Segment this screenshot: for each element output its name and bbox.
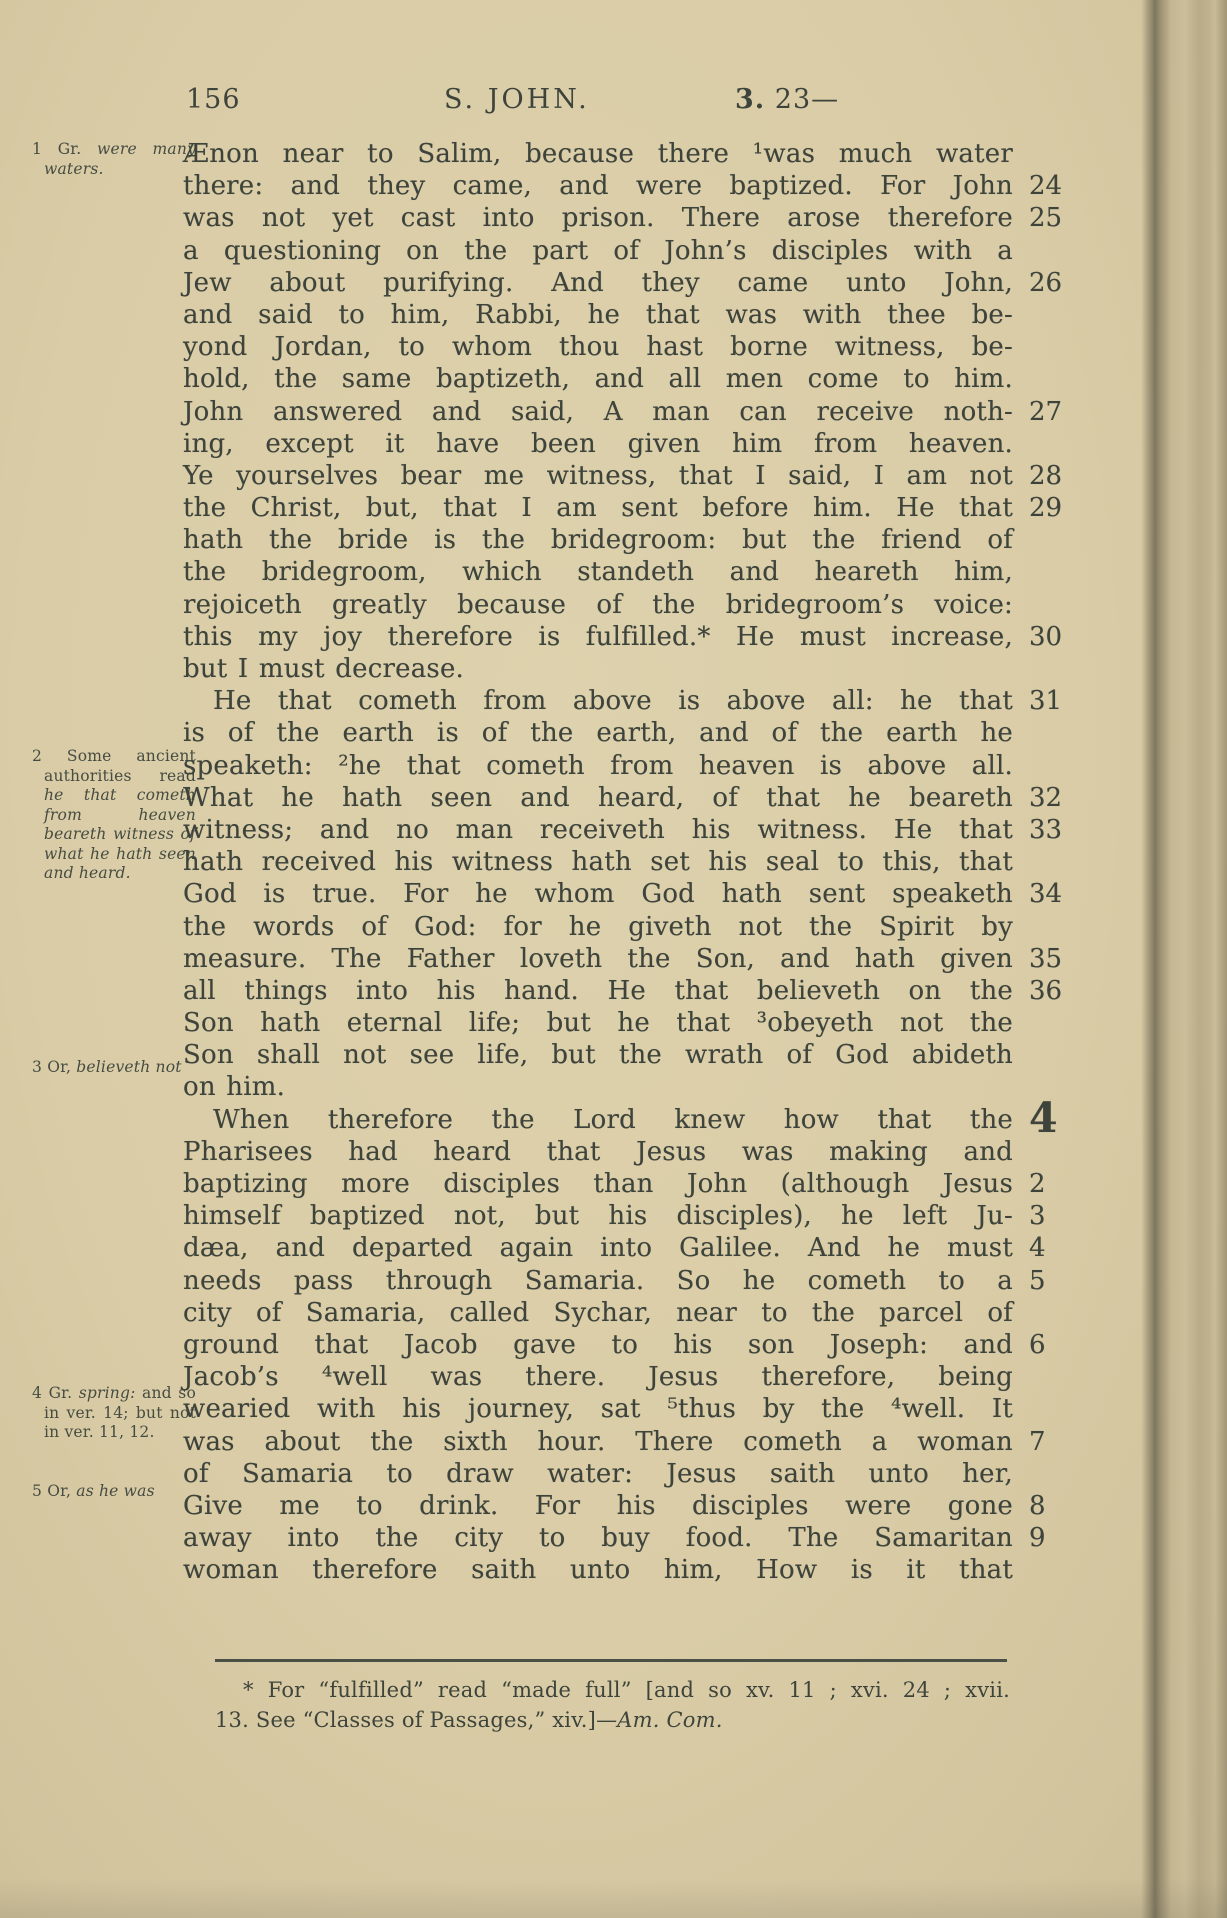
verse-number-empty — [1013, 363, 1103, 395]
scripture-line: hold, the same baptizeth, and all men co… — [183, 363, 1103, 395]
scripture-line-text: hold, the same baptizeth, and all men co… — [183, 363, 1013, 395]
scripture-line-text: the bridegroom, which standeth and heare… — [183, 556, 1013, 588]
verse-number: 28 — [1013, 460, 1103, 492]
scripture-line-text: When therefore the Lord knew how that th… — [183, 1104, 1013, 1136]
scripture-line-text: hath received his witness hath set his s… — [183, 846, 1013, 878]
verse-number: 9 — [1013, 1522, 1103, 1554]
note-italic-text: he that cometh from heaven beareth witne… — [44, 786, 196, 882]
footnote-line: 13. See “Classes of Passages,” xiv.]—Am.… — [215, 1705, 1010, 1735]
scripture-line-text: away into the city to buy food. The Sama… — [183, 1522, 1013, 1554]
scripture-line-text: needs pass through Samaria. So he cometh… — [183, 1265, 1013, 1297]
scripture-line-text: witness; and no man receiveth his witnes… — [183, 814, 1013, 846]
scripture-line: Son shall not see life, but the wrath of… — [183, 1039, 1103, 1071]
verse-number-empty — [1013, 428, 1103, 460]
verse-number-empty — [1013, 1007, 1103, 1039]
verse-number-empty — [1013, 1393, 1103, 1425]
note-text: 13. See “Classes of Passages,” xiv.]— — [215, 1708, 617, 1732]
scripture-line-text: rejoiceth greatly because of the bridegr… — [183, 589, 1013, 621]
scripture-line: himself baptized not, but his disciples)… — [183, 1200, 1103, 1232]
scripture-line-text: dæa, and departed again into Galilee. An… — [183, 1232, 1013, 1264]
scripture-line: What he hath seen and heard, of that he … — [183, 782, 1103, 814]
scripture-line-text: was about the sixth hour. There cometh a… — [183, 1426, 1013, 1458]
scripture-line-text: Give me to drink. For his disciples were… — [183, 1490, 1013, 1522]
scripture-line: there: and they came, and were baptized.… — [183, 170, 1103, 202]
scripture-line-text: What he hath seen and heard, of that he … — [183, 782, 1013, 814]
scripture-line: Pharisees had heard that Jesus was makin… — [183, 1136, 1103, 1168]
scripture-line-text: on him. — [183, 1071, 1013, 1103]
scripture-line-text: Jew about purifying. And they came unto … — [183, 267, 1013, 299]
scripture-line-text: a questioning on the part of John’s disc… — [183, 235, 1013, 267]
verse-number-empty — [1013, 1361, 1103, 1393]
scripture-line: was not yet cast into prison. There aros… — [183, 202, 1103, 234]
scripture-line-text: there: and they came, and were baptized.… — [183, 170, 1013, 202]
footnote-line: * For “fulfilled” read “made full” [and … — [215, 1675, 1010, 1705]
scripture-line-text: speaketh: ²he that cometh from heaven is… — [183, 750, 1013, 782]
verse-number: 5 — [1013, 1265, 1103, 1297]
scripture-line: Ænon near to Salim, because there ¹was m… — [183, 138, 1103, 170]
scripture-line-text: Ænon near to Salim, because there ¹was m… — [183, 138, 1013, 170]
note-text: 2 Some ancient authorities read — [32, 747, 196, 785]
chapter-number: 4 — [1013, 1103, 1103, 1136]
verse-number: 35 — [1013, 943, 1103, 975]
scripture-line-text: ground that Jacob gave to his son Joseph… — [183, 1329, 1013, 1361]
scripture-line: dæa, and departed again into Galilee. An… — [183, 1232, 1103, 1264]
scripture-line: the bridegroom, which standeth and heare… — [183, 556, 1103, 588]
scripture-line: John answered and said, A man can receiv… — [183, 396, 1103, 428]
verse-number-empty — [1013, 911, 1103, 943]
scripture-line-text: yond Jordan, to whom thou hast borne wit… — [183, 331, 1013, 363]
note-italic-text: as he was — [76, 1482, 154, 1500]
verse-number: 30 — [1013, 621, 1103, 653]
scripture-line: wearied with his journey, sat ⁵thus by t… — [183, 1393, 1103, 1425]
scripture-line: a questioning on the part of John’s disc… — [183, 235, 1103, 267]
scripture-line-text: Jacob’s ⁴well was there. Jesus therefore… — [183, 1361, 1013, 1393]
scripture-line: hath the bride is the bridegroom: but th… — [183, 524, 1103, 556]
verse-number-empty — [1013, 235, 1103, 267]
verse-number: 8 — [1013, 1490, 1103, 1522]
scripture-line-text: Pharisees had heard that Jesus was makin… — [183, 1136, 1013, 1168]
scripture-line-text: He that cometh from above is above all: … — [183, 685, 1013, 717]
margin-note: 3 Or, believeth not — [32, 1058, 196, 1078]
scripture-line-text: hath the bride is the bridegroom: but th… — [183, 524, 1013, 556]
scripture-line-text: John answered and said, A man can receiv… — [183, 396, 1013, 428]
verse-number-empty — [1013, 846, 1103, 878]
scripture-line: witness; and no man receiveth his witnes… — [183, 814, 1103, 846]
note-text: 1 Gr. — [32, 140, 97, 158]
note-text: * For “fulfilled” read “made full” [and … — [243, 1678, 1010, 1702]
verse-number-empty — [1013, 299, 1103, 331]
scripture-line: baptizing more disciples than John (alth… — [183, 1168, 1103, 1200]
verse-number: 34 — [1013, 878, 1103, 910]
verse-number: 6 — [1013, 1329, 1103, 1361]
verse-reference-verse: 23— — [765, 84, 839, 115]
scripture-line-text: baptizing more disciples than John (alth… — [183, 1168, 1013, 1200]
scripture-line-text: all things into his hand. He that believ… — [183, 975, 1013, 1007]
verse-number-empty — [1013, 1071, 1103, 1103]
scripture-line-text: but I must decrease. — [183, 653, 1013, 685]
scripture-line-text: woman therefore saith unto him, How is i… — [183, 1554, 1013, 1586]
page-binding-edge — [1141, 0, 1227, 1918]
verse-number-empty — [1013, 1297, 1103, 1329]
verse-number-empty — [1013, 717, 1103, 749]
note-text: 5 Or, — [32, 1482, 76, 1500]
scripture-line: God is true. For he whom God hath sent s… — [183, 878, 1103, 910]
scripture-line-text: of Samaria to draw water: Jesus saith un… — [183, 1458, 1013, 1490]
footnote: * For “fulfilled” read “made full” [and … — [215, 1675, 1010, 1735]
scripture-line: hath received his witness hath set his s… — [183, 846, 1103, 878]
scripture-line: but I must decrease. — [183, 653, 1103, 685]
verse-number: 4 — [1013, 1232, 1103, 1264]
scripture-line: He that cometh from above is above all: … — [183, 685, 1103, 717]
scripture-line-text: city of Samaria, called Sychar, near to … — [183, 1297, 1013, 1329]
verse-reference-chapter: 3. — [735, 84, 765, 115]
note-text: 4 Gr. — [32, 1384, 79, 1402]
footnote-divider — [215, 1659, 1007, 1662]
margin-note: 1 Gr. were many waters. — [32, 140, 196, 179]
verse-number-empty — [1013, 653, 1103, 685]
scripture-line: speaketh: ²he that cometh from heaven is… — [183, 750, 1103, 782]
verse-number-empty — [1013, 1136, 1103, 1168]
scripture-line-text: God is true. For he whom God hath sent s… — [183, 878, 1013, 910]
verse-number: 25 — [1013, 202, 1103, 234]
book-page: 156 S. JOHN. 3. 23— 1 Gr. were many wate… — [0, 0, 1227, 1918]
margin-notes-column: 1 Gr. were many waters.2 Some ancient au… — [32, 0, 186, 1918]
scripture-line: needs pass through Samaria. So he cometh… — [183, 1265, 1103, 1297]
scripture-line-text: the Christ, but, that I am sent before h… — [183, 492, 1013, 524]
scripture-line: measure. The Father loveth the Son, and … — [183, 943, 1103, 975]
verse-number: 3 — [1013, 1200, 1103, 1232]
verse-number: 27 — [1013, 396, 1103, 428]
verse-number-empty — [1013, 1554, 1103, 1586]
scripture-line: Ye yourselves bear me witness, that I sa… — [183, 460, 1103, 492]
scripture-line: Give me to drink. For his disciples were… — [183, 1490, 1103, 1522]
scripture-line: all things into his hand. He that believ… — [183, 975, 1103, 1007]
scripture-line: yond Jordan, to whom thou hast borne wit… — [183, 331, 1103, 363]
verse-number-empty — [1013, 589, 1103, 621]
verse-number: 33 — [1013, 814, 1103, 846]
scripture-line: Jew about purifying. And they came unto … — [183, 267, 1103, 299]
verse-number-empty — [1013, 138, 1103, 170]
scripture-line: When therefore the Lord knew how that th… — [183, 1104, 1103, 1136]
verse-number-empty — [1013, 1039, 1103, 1071]
verse-number: 2 — [1013, 1168, 1103, 1200]
verse-number: 32 — [1013, 782, 1103, 814]
margin-note: 4 Gr. spring: and so in ver. 14; but not… — [32, 1384, 196, 1443]
scripture-line-text: the words of God: for he giveth not the … — [183, 911, 1013, 943]
scripture-line-text: Ye yourselves bear me witness, that I sa… — [183, 460, 1013, 492]
scripture-line: rejoiceth greatly because of the bridegr… — [183, 589, 1103, 621]
note-italic-text: believeth not — [76, 1058, 181, 1076]
scripture-line: the Christ, but, that I am sent before h… — [183, 492, 1103, 524]
scripture-line: city of Samaria, called Sychar, near to … — [183, 1297, 1103, 1329]
scripture-line-text: is of the earth is of the earth, and of … — [183, 717, 1013, 749]
scripture-line: Jacob’s ⁴well was there. Jesus therefore… — [183, 1361, 1103, 1393]
scripture-line-text: was not yet cast into prison. There aros… — [183, 202, 1013, 234]
scripture-line: and said to him, Rabbi, he that was with… — [183, 299, 1103, 331]
note-italic-text: spring: — [79, 1384, 136, 1402]
scripture-line-text: measure. The Father loveth the Son, and … — [183, 943, 1013, 975]
book-title: S. JOHN. — [444, 84, 590, 115]
verse-number: 36 — [1013, 975, 1103, 1007]
scripture-line: of Samaria to draw water: Jesus saith un… — [183, 1458, 1103, 1490]
scripture-line-text: ing, except it have been given him from … — [183, 428, 1013, 460]
verse-number: 29 — [1013, 492, 1103, 524]
verse-number-empty — [1013, 1458, 1103, 1490]
scripture-line: ground that Jacob gave to his son Joseph… — [183, 1329, 1103, 1361]
scripture-line: woman therefore saith unto him, How is i… — [183, 1554, 1103, 1586]
page-number: 156 — [186, 84, 241, 115]
scripture-line: away into the city to buy food. The Sama… — [183, 1522, 1103, 1554]
note-text: 3 Or, — [32, 1058, 76, 1076]
scripture-line-text: Son shall not see life, but the wrath of… — [183, 1039, 1013, 1071]
scripture-line: this my joy therefore is fulfilled.* He … — [183, 621, 1103, 653]
scripture-line: is of the earth is of the earth, and of … — [183, 717, 1103, 749]
scripture-line: was about the sixth hour. There cometh a… — [183, 1426, 1103, 1458]
verse-number: 24 — [1013, 170, 1103, 202]
scripture-line: ing, except it have been given him from … — [183, 428, 1103, 460]
scripture-line-text: this my joy therefore is fulfilled.* He … — [183, 621, 1013, 653]
verse-number: 7 — [1013, 1426, 1103, 1458]
scripture-line-text: Son hath eternal life; but he that ³obey… — [183, 1007, 1013, 1039]
scripture-line: the words of God: for he giveth not the … — [183, 911, 1103, 943]
margin-note: 2 Some ancient authorities read he that … — [32, 747, 196, 884]
verse-number-empty — [1013, 524, 1103, 556]
verse-number-empty — [1013, 750, 1103, 782]
verse-number-empty — [1013, 556, 1103, 588]
scripture-line-text: himself baptized not, but his disciples)… — [183, 1200, 1013, 1232]
scripture-line: Son hath eternal life; but he that ³obey… — [183, 1007, 1103, 1039]
verse-number-empty — [1013, 331, 1103, 363]
verse-reference: 3. 23— — [735, 84, 839, 115]
verse-number: 31 — [1013, 685, 1103, 717]
margin-note: 5 Or, as he was — [32, 1482, 196, 1502]
note-italic-text: Am. Com. — [617, 1708, 722, 1732]
scripture-line-text: wearied with his journey, sat ⁵thus by t… — [183, 1393, 1013, 1425]
verse-number: 26 — [1013, 267, 1103, 299]
scripture-line-text: and said to him, Rabbi, he that was with… — [183, 299, 1013, 331]
scripture-line: on him. — [183, 1071, 1103, 1103]
scripture-text-column: Ænon near to Salim, because there ¹was m… — [183, 138, 1103, 1586]
